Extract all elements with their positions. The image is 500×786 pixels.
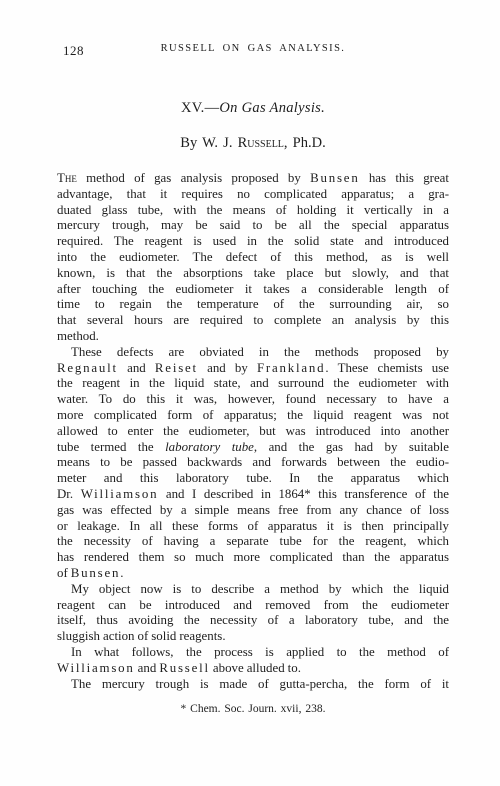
text-segment: that several hours are required to compl…	[57, 313, 449, 327]
text-segment: above alluded to.	[210, 661, 301, 675]
smallcaps-text: The	[57, 171, 77, 185]
text-segment: has rendered them so much more complicat…	[57, 550, 449, 564]
document-page: 128 RUSSELL ON GAS ANALYSIS. XV.—On Gas …	[0, 0, 500, 786]
text-segment: time to regain the temperature of the su…	[57, 297, 449, 311]
text-segment: and I described in 1864* this transferen…	[158, 487, 449, 501]
text-segment: and by	[198, 361, 257, 375]
text-line: sluggish action of solid reagents.	[57, 629, 449, 645]
text-line: or leakage. In all these forms of appara…	[57, 519, 449, 535]
text-line: method.	[57, 329, 449, 345]
paragraph: The mercury trough is made of gutta-perc…	[57, 677, 449, 693]
text-line: mercury trough, may be said to be all th…	[57, 218, 449, 234]
text-line: of Bunsen.	[57, 566, 449, 582]
text-segment: , Ph.D.	[284, 135, 326, 151]
text-line: the reagent in the liquid state, and sur…	[57, 376, 449, 392]
text-segment: required. The reagent is used in the sol…	[57, 234, 449, 248]
text-segment: meter and this laboratory tube. In the a…	[57, 471, 449, 485]
text-segment: , and the gas had by suitable	[254, 440, 449, 454]
smallcaps-text: Russell	[238, 135, 284, 151]
text-segment: tube termed the	[57, 440, 165, 454]
text-line: advantage, that it requires no complicat…	[57, 187, 449, 203]
text-line: Regnault and Reiset and by Frankland. Th…	[57, 361, 449, 377]
text-segment: means to be passed backwards and forward…	[57, 455, 449, 469]
text-segment: By W. J.	[180, 135, 237, 151]
text-line: These defects are obviated in the method…	[57, 345, 449, 361]
letterspaced-name: Williamson	[81, 487, 159, 501]
paragraph: The method of gas analysis proposed by B…	[57, 171, 449, 345]
text-line: gas was effected by a simple means free …	[57, 503, 449, 519]
text-segment: after touching the eudiometer it takes a…	[57, 282, 449, 296]
text-segment: water. To do this it was, however, found…	[57, 392, 449, 406]
text-line: into the eudiometer. The defect of this …	[57, 250, 449, 266]
text-segment: the necessity of having a separate tube …	[57, 534, 449, 548]
letterspaced-name: Regnault	[57, 361, 118, 375]
text-segment: has this great	[360, 171, 449, 185]
letterspaced-name: Reiset	[155, 361, 198, 375]
running-head: RUSSELL ON GAS ANALYSIS.	[57, 43, 449, 54]
letterspaced-name: Bunsen	[310, 171, 359, 185]
text-segment: of	[57, 566, 71, 580]
text-segment: more complicated form of apparatus; the …	[57, 408, 449, 422]
text-line: The mercury trough is made of gutta-perc…	[57, 677, 449, 693]
italic-text: laboratory tube	[165, 440, 254, 454]
page-number: 128	[63, 43, 84, 59]
text-line: tube termed the laboratory tube, and the…	[57, 440, 449, 456]
text-segment: and	[118, 361, 155, 375]
text-segment: advantage, that it requires no complicat…	[57, 187, 449, 201]
letterspaced-name: Frankland	[257, 361, 325, 375]
text-segment: . These chemists use	[325, 361, 449, 375]
text-segment: XV.—	[181, 100, 219, 116]
text-segment: .	[120, 566, 123, 580]
text-line: known, is that the absorptions take plac…	[57, 266, 449, 282]
text-segment: itself, thus avoiding the necessity of a…	[57, 613, 449, 627]
article-body: The method of gas analysis proposed by B…	[57, 171, 449, 692]
article-byline: By W. J. Russell, Ph.D.	[57, 135, 449, 152]
text-segment: mercury trough, may be said to be all th…	[57, 218, 449, 232]
text-line: means to be passed backwards and forward…	[57, 455, 449, 471]
footnote: * Chem. Soc. Journ. xvii, 238.	[57, 703, 449, 715]
text-line: itself, thus avoiding the necessity of a…	[57, 613, 449, 629]
text-segment: method.	[57, 329, 99, 343]
text-line: time to regain the temperature of the su…	[57, 297, 449, 313]
text-segment: sluggish action of solid reagents.	[57, 629, 226, 643]
page-header: 128 RUSSELL ON GAS ANALYSIS.	[57, 43, 449, 59]
text-line: Williamson and Russell above alluded to.	[57, 661, 449, 677]
text-segment: and	[135, 661, 160, 675]
text-line: reagent can be introduced and removed fr…	[57, 598, 449, 614]
text-segment: The mercury trough is made of gutta-perc…	[71, 677, 449, 691]
text-segment: In what follows, the process is applied …	[71, 645, 449, 659]
text-line: that several hours are required to compl…	[57, 313, 449, 329]
text-segment: into the eudiometer. The defect of this …	[57, 250, 449, 264]
letterspaced-name: Bunsen	[71, 566, 120, 580]
text-segment: allowed to enter the eudiometer, but was…	[57, 424, 449, 438]
text-segment: Dr.	[57, 487, 81, 501]
text-line: allowed to enter the eudiometer, but was…	[57, 424, 449, 440]
paragraph: In what follows, the process is applied …	[57, 645, 449, 677]
text-segment: method of gas analysis proposed by	[77, 171, 310, 185]
letterspaced-name: Russell	[159, 661, 210, 675]
text-segment: gas was effected by a simple means free …	[57, 503, 449, 517]
text-line: Dr. Williamson and I described in 1864* …	[57, 487, 449, 503]
text-line: My object now is to describe a method by…	[57, 582, 449, 598]
text-segment: known, is that the absorptions take plac…	[57, 266, 449, 280]
text-segment: the reagent in the liquid state, and sur…	[57, 376, 449, 390]
article-title: XV.—On Gas Analysis.	[57, 100, 449, 117]
text-line: meter and this laboratory tube. In the a…	[57, 471, 449, 487]
text-line: duated glass tube, with the means of hol…	[57, 203, 449, 219]
letterspaced-name: Williamson	[57, 661, 135, 675]
text-segment: These defects are obviated in the method…	[71, 345, 449, 359]
text-segment: or leakage. In all these forms of appara…	[57, 519, 449, 533]
paragraph: These defects are obviated in the method…	[57, 345, 449, 582]
text-line: The method of gas analysis proposed by B…	[57, 171, 449, 187]
text-line: In what follows, the process is applied …	[57, 645, 449, 661]
text-segment: duated glass tube, with the means of hol…	[57, 203, 449, 217]
text-segment: * Chem. Soc. Journ. xvii, 238.	[181, 703, 326, 715]
text-segment: reagent can be introduced and removed fr…	[57, 598, 449, 612]
text-line: more complicated form of apparatus; the …	[57, 408, 449, 424]
text-segment: My object now is to describe a method by…	[71, 582, 449, 596]
text-line: water. To do this it was, however, found…	[57, 392, 449, 408]
italic-text: On Gas Analysis.	[219, 100, 325, 116]
text-line: required. The reagent is used in the sol…	[57, 234, 449, 250]
text-line: has rendered them so much more complicat…	[57, 550, 449, 566]
text-line: after touching the eudiometer it takes a…	[57, 282, 449, 298]
text-line: the necessity of having a separate tube …	[57, 534, 449, 550]
paragraph: My object now is to describe a method by…	[57, 582, 449, 645]
